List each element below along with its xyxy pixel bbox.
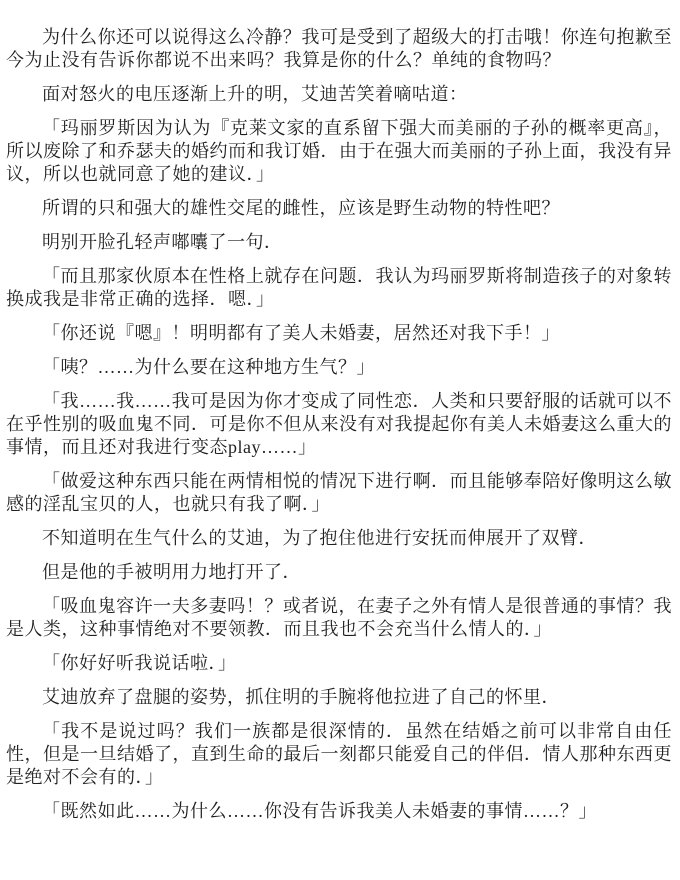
novel-text-page: 为什么你还可以说得这么冷静？我可是受到了超级大的打击哦！你连句抱歉至今为止没有告… [0,0,680,880]
paragraph: 明别开脸孔轻声嘟囔了一句． [6,231,672,254]
paragraph: 「你好好听我说话啦．」 [6,652,672,675]
paragraph: 「我不是说过吗？我们一族都是很深情的．虽然在结婚之前可以非常自由任性，但是一旦结… [6,720,672,789]
paragraph: 「而且那家伙原本在性格上就存在问题．我认为玛丽罗斯将制造孩子的对象转换成我是非常… [6,265,672,311]
paragraph: 「玛丽罗斯因为认为『克莱文家的直系留下强大而美丽的子孙的概率更高』，所以废除了和… [6,117,672,186]
paragraph: 「既然如此……为什么……你没有告诉我美人未婚妻的事情……？」 [6,800,672,823]
paragraph: 为什么你还可以说得这么冷静？我可是受到了超级大的打击哦！你连句抱歉至今为止没有告… [6,26,672,72]
paragraph: 「我……我……我可是因为你才变成了同性恋．人类和只要舒服的话就可以不在乎性别的吸… [6,390,672,459]
paragraph: 「你还说『嗯』！明明都有了美人未婚妻，居然还对我下手！」 [6,322,672,345]
paragraph: 艾迪放弃了盘腿的姿势，抓住明的手腕将他拉进了自己的怀里． [6,686,672,709]
paragraph: 不知道明在生气什么的艾迪，为了抱住他进行安抚而伸展开了双臂． [6,527,672,550]
paragraph: 所谓的只和强大的雄性交尾的雌性，应该是野生动物的特性吧？ [6,197,672,220]
paragraph: 面对怒火的电压逐渐上升的明，艾迪苦笑着嘀咕道： [6,83,672,106]
paragraph: 「吸血鬼容许一夫多妻吗！？或者说，在妻子之外有情人是很普通的事情？我是人类，这种… [6,595,672,641]
paragraph: 「咦？……为什么要在这种地方生气？」 [6,356,672,379]
paragraph: 「做爱这种东西只能在两情相悦的情况下进行啊．而且能够奉陪好像明这么敏感的淫乱宝贝… [6,470,672,516]
paragraph: 但是他的手被明用力地打开了． [6,561,672,584]
